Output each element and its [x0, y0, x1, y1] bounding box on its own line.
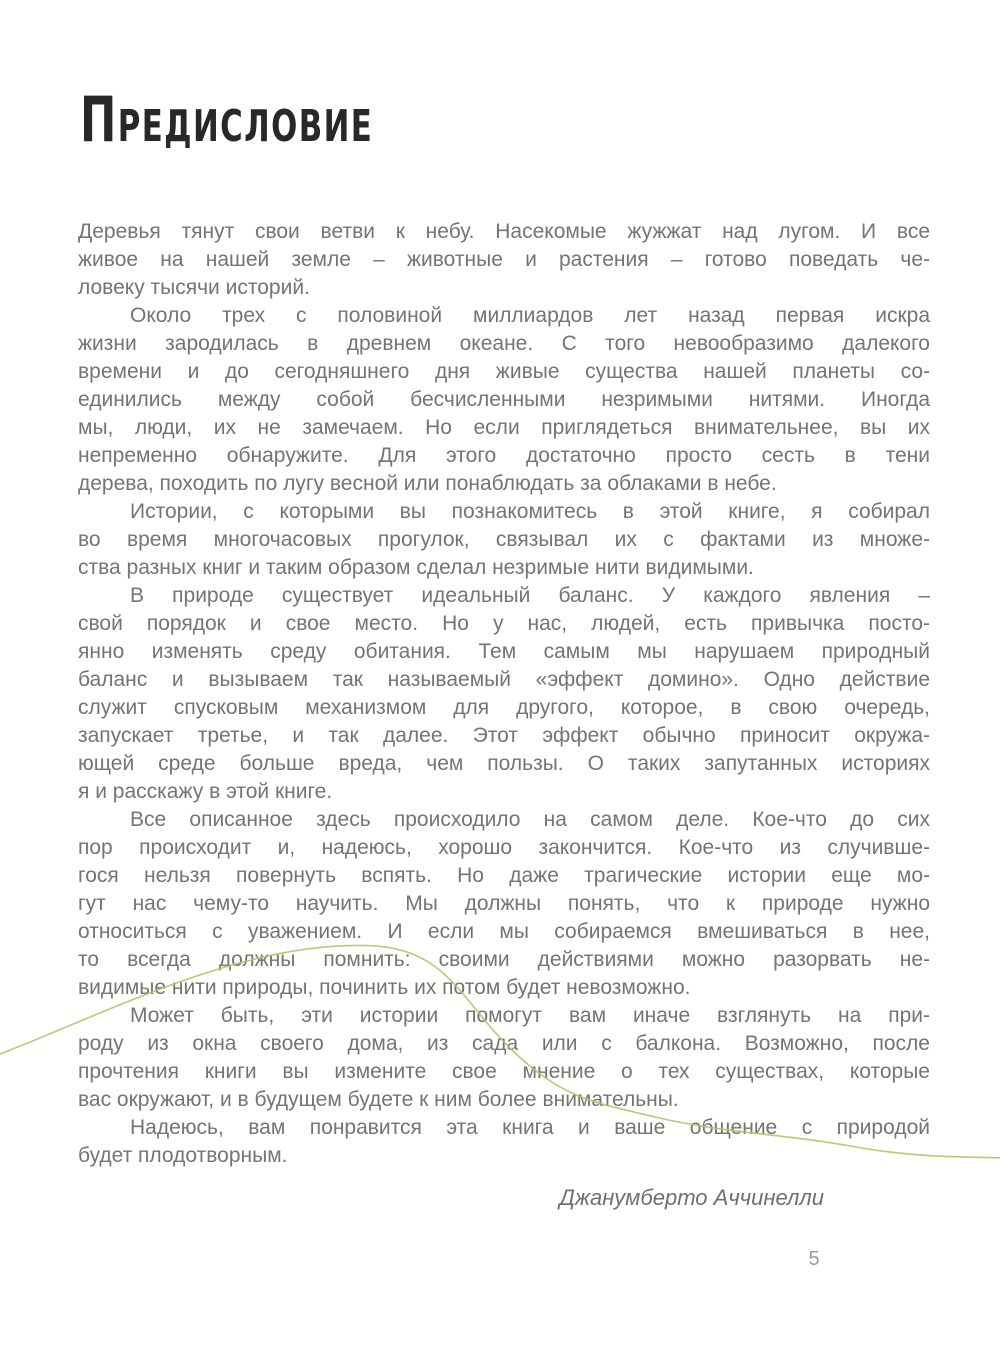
text-line: янно изменять среду обитания. Тем самым …	[78, 638, 930, 666]
text-line: свой порядок и свое место. Но у нас, люд…	[78, 610, 930, 638]
page-number: 5	[800, 1248, 828, 1271]
text-line: В природе существует идеальный баланс. У…	[78, 582, 930, 610]
text-line: времени и до сегодняшнего дня живые суще…	[78, 358, 930, 386]
text-line: баланс и вызываем так называемый «эффект…	[78, 666, 930, 694]
paragraph: Истории, с которыми вы познакомитесь в э…	[78, 498, 930, 582]
text-line: во время многочасовых прогулок, связывал…	[78, 526, 930, 554]
text-line: гут нас чему-то научить. Мы должны понят…	[78, 890, 930, 918]
text-line: относиться с уважением. И если мы собира…	[78, 918, 930, 946]
text-line: единились между собой бесчисленными незр…	[78, 386, 930, 414]
paragraph: Надеюсь, вам понравится эта книга и ваше…	[78, 1114, 930, 1170]
text-line: Надеюсь, вам понравится эта книга и ваше…	[78, 1114, 930, 1142]
paragraph: Все описанное здесь происходило на самом…	[78, 806, 930, 1002]
text-line: дерева, походить по лугу весной или пона…	[78, 470, 930, 498]
author-signature: Джанумберто Аччинелли	[78, 1184, 930, 1212]
text-line: мы, люди, их не замечаем. Но если пригля…	[78, 414, 930, 442]
paragraph: Может быть, эти истории помогут вам инач…	[78, 1002, 930, 1114]
text-line: видимые нити природы, починить их потом …	[78, 974, 930, 1002]
text-line: служит спусковым механизмом для другого,…	[78, 694, 930, 722]
text-line: Около трех с половиной миллиардов лет на…	[78, 302, 930, 330]
text-line: гося нельзя повернуть вспять. Но даже тр…	[78, 862, 930, 890]
text-line: ловеку тысячи историй.	[78, 274, 930, 302]
paragraph: Около трех с половиной миллиардов лет на…	[78, 302, 930, 498]
preface-text-block: Деревья тянут свои ветви к небу. Насеком…	[78, 218, 930, 1212]
title-first-letter: П	[80, 83, 118, 156]
paragraph: В природе существует идеальный баланс. У…	[78, 582, 930, 806]
paragraph: Деревья тянут свои ветви к небу. Насеком…	[78, 218, 930, 302]
text-line: будет плодотворным.	[78, 1142, 930, 1170]
text-line: живое на нашей земле – животные и растен…	[78, 246, 930, 274]
text-line: я и расскажу в этой книге.	[78, 778, 930, 806]
book-page: ПРЕДИСЛОВИЕ Деревья тянут свои ветви к н…	[0, 0, 1000, 1360]
text-line: вас окружают, и в будущем будете к ним б…	[78, 1086, 930, 1114]
text-line: Может быть, эти истории помогут вам инач…	[78, 1002, 930, 1030]
text-line: то всегда должны помнить: своими действи…	[78, 946, 930, 974]
text-line: Все описанное здесь происходило на самом…	[78, 806, 930, 834]
title-rest: РЕДИСЛОВИЕ	[118, 101, 373, 152]
text-line: непременно обнаружите. Для этого достато…	[78, 442, 930, 470]
text-line: прочтения книги вы измените свое мнение …	[78, 1058, 930, 1086]
text-line: роду из окна своего дома, из сада или с …	[78, 1030, 930, 1058]
text-line: ющей среде больше вреда, чем пользы. О т…	[78, 750, 930, 778]
text-line: Деревья тянут свои ветви к небу. Насеком…	[78, 218, 930, 246]
text-line: пор происходит и, надеюсь, хорошо законч…	[78, 834, 930, 862]
text-line: Истории, с которыми вы познакомитесь в э…	[78, 498, 930, 526]
text-line: жизни зародилась в древнем океане. С тог…	[78, 330, 930, 358]
text-line: запускает третье, и так далее. Этот эффе…	[78, 722, 930, 750]
chapter-title: ПРЕДИСЛОВИЕ	[80, 84, 373, 166]
text-line: ства разных книг и таким образом сделал …	[78, 554, 930, 582]
